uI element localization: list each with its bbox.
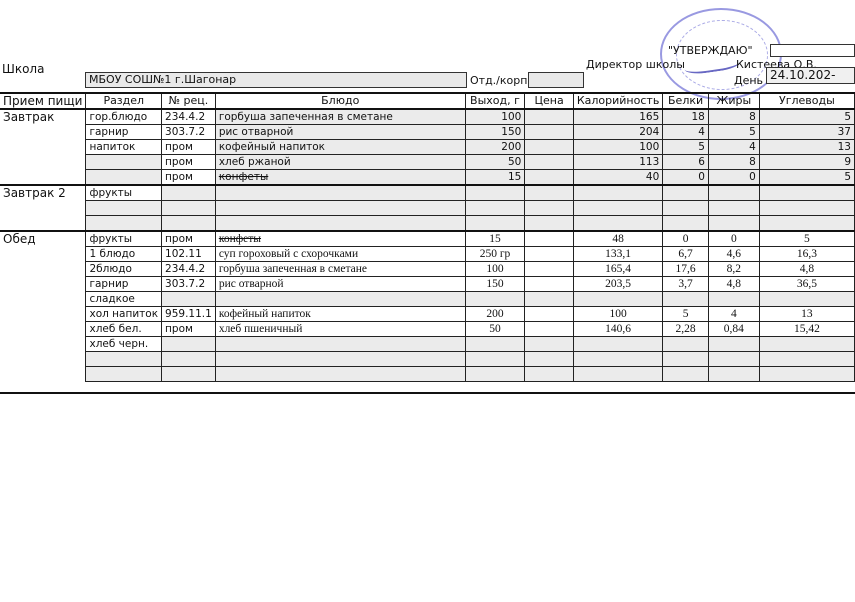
section-cell: сладкое bbox=[86, 292, 162, 307]
protein-cell: 6 bbox=[663, 155, 709, 170]
col-meal: Прием пищи bbox=[0, 93, 86, 109]
recipe-cell: 303.7.2 bbox=[162, 277, 216, 292]
fat-cell: 8 bbox=[708, 155, 759, 170]
recipe-cell: пром bbox=[162, 170, 216, 186]
col-price: Цена bbox=[525, 93, 574, 109]
price-cell bbox=[525, 201, 574, 216]
carbs-cell: 13 bbox=[759, 140, 854, 155]
section-cell bbox=[86, 216, 162, 232]
price-cell bbox=[525, 277, 574, 292]
dish-cell: рис отварной bbox=[215, 277, 465, 292]
dish-cell bbox=[215, 337, 465, 352]
carbs-cell bbox=[759, 201, 854, 216]
fat-cell: 0,84 bbox=[708, 322, 759, 337]
fat-cell bbox=[708, 216, 759, 232]
protein-cell: 3,7 bbox=[663, 277, 709, 292]
kcal-cell: 48 bbox=[573, 231, 662, 247]
yield-cell: 150 bbox=[465, 125, 525, 140]
section-cell bbox=[86, 170, 162, 186]
kcal-cell: 40 bbox=[573, 170, 662, 186]
menu-table: Прием пищи Раздел № рец. Блюдо Выход, г … bbox=[0, 92, 855, 382]
recipe-cell: пром bbox=[162, 322, 216, 337]
table-bottom-rule bbox=[0, 392, 855, 394]
recipe-cell: пром bbox=[162, 155, 216, 170]
section-cell: гор.блюдо bbox=[86, 109, 162, 125]
carbs-cell bbox=[759, 352, 854, 367]
school-label: Школа bbox=[2, 62, 44, 76]
dish-cell: кофейный напиток bbox=[215, 307, 465, 322]
dish-cell: конфеты bbox=[215, 170, 465, 186]
day-label: День bbox=[734, 74, 763, 87]
carbs-cell: 16,3 bbox=[759, 247, 854, 262]
recipe-cell: пром bbox=[162, 140, 216, 155]
table-row: промхлеб ржаной50113689 bbox=[0, 155, 855, 170]
protein-cell: 5 bbox=[663, 140, 709, 155]
protein-cell bbox=[663, 367, 709, 382]
kcal-cell bbox=[573, 367, 662, 382]
price-cell bbox=[525, 216, 574, 232]
protein-cell: 6,7 bbox=[663, 247, 709, 262]
recipe-cell: 959.11.1 bbox=[162, 307, 216, 322]
section-cell: хлеб черн. bbox=[86, 337, 162, 352]
yield-cell bbox=[465, 352, 525, 367]
table-row bbox=[0, 201, 855, 216]
dish-cell bbox=[215, 292, 465, 307]
protein-cell: 17,6 bbox=[663, 262, 709, 277]
protein-cell: 0 bbox=[663, 231, 709, 247]
dish-cell: кофейный напиток bbox=[215, 140, 465, 155]
protein-cell: 5 bbox=[663, 307, 709, 322]
yield-cell bbox=[465, 337, 525, 352]
fat-cell bbox=[708, 337, 759, 352]
carbs-cell: 5 bbox=[759, 170, 854, 186]
kcal-cell: 165 bbox=[573, 109, 662, 125]
col-section: Раздел bbox=[86, 93, 162, 109]
carbs-cell: 5 bbox=[759, 109, 854, 125]
price-cell bbox=[525, 231, 574, 247]
carbs-cell bbox=[759, 185, 854, 201]
recipe-cell bbox=[162, 216, 216, 232]
dept-label: Отд./корп bbox=[470, 74, 527, 87]
section-cell: 2блюдо bbox=[86, 262, 162, 277]
price-cell bbox=[525, 140, 574, 155]
yield-cell bbox=[465, 185, 525, 201]
table-row: хол напиток959.11.1кофейный напиток20010… bbox=[0, 307, 855, 322]
approve-label: "УТВЕРЖДАЮ" bbox=[668, 44, 753, 57]
recipe-cell: 102.11 bbox=[162, 247, 216, 262]
yield-cell bbox=[465, 292, 525, 307]
fat-cell: 4,8 bbox=[708, 277, 759, 292]
table-row bbox=[0, 216, 855, 232]
table-row: хлеб черн. bbox=[0, 337, 855, 352]
yield-cell: 15 bbox=[465, 231, 525, 247]
fat-cell: 5 bbox=[708, 125, 759, 140]
section-cell: гарнир bbox=[86, 277, 162, 292]
table-row: 1 блюдо102.11суп гороховый с схорочками2… bbox=[0, 247, 855, 262]
kcal-cell: 100 bbox=[573, 140, 662, 155]
fat-cell: 8,2 bbox=[708, 262, 759, 277]
table-row bbox=[0, 352, 855, 367]
table-row: Обедфруктыпромконфеты1548005 bbox=[0, 231, 855, 247]
recipe-cell bbox=[162, 292, 216, 307]
dish-cell: конфеты bbox=[215, 231, 465, 247]
kcal-cell: 204 bbox=[573, 125, 662, 140]
table-row bbox=[0, 367, 855, 382]
dish-cell: хлеб пшеничный bbox=[215, 322, 465, 337]
dish-cell bbox=[215, 201, 465, 216]
recipe-cell: пром bbox=[162, 231, 216, 247]
dish-cell: хлеб ржаной bbox=[215, 155, 465, 170]
price-cell bbox=[525, 185, 574, 201]
yield-cell bbox=[465, 367, 525, 382]
carbs-cell: 5 bbox=[759, 231, 854, 247]
price-cell bbox=[525, 337, 574, 352]
protein-cell: 2,28 bbox=[663, 322, 709, 337]
col-recipe: № рец. bbox=[162, 93, 216, 109]
carbs-cell: 36,5 bbox=[759, 277, 854, 292]
carbs-cell bbox=[759, 367, 854, 382]
day-field[interactable]: 24.10.202- bbox=[766, 67, 855, 84]
table-row: сладкое bbox=[0, 292, 855, 307]
section-cell bbox=[86, 367, 162, 382]
section-cell: хлеб бел. bbox=[86, 322, 162, 337]
recipe-cell bbox=[162, 201, 216, 216]
dish-cell: рис отварной bbox=[215, 125, 465, 140]
table-row: промконфеты1540005 bbox=[0, 170, 855, 186]
carbs-cell: 13 bbox=[759, 307, 854, 322]
kcal-cell: 100 bbox=[573, 307, 662, 322]
recipe-cell bbox=[162, 337, 216, 352]
fat-cell: 4 bbox=[708, 140, 759, 155]
carbs-cell: 37 bbox=[759, 125, 854, 140]
table-row: 2блюдо234.4.2горбуша запеченная в сметан… bbox=[0, 262, 855, 277]
yield-cell: 200 bbox=[465, 140, 525, 155]
col-fat: Жиры bbox=[708, 93, 759, 109]
protein-cell bbox=[663, 216, 709, 232]
section-cell: фрукты bbox=[86, 231, 162, 247]
yield-cell bbox=[465, 201, 525, 216]
dish-cell bbox=[215, 216, 465, 232]
col-carbs: Углеводы bbox=[759, 93, 854, 109]
kcal-cell: 203,5 bbox=[573, 277, 662, 292]
recipe-cell: 234.4.2 bbox=[162, 109, 216, 125]
kcal-cell bbox=[573, 352, 662, 367]
dish-cell bbox=[215, 352, 465, 367]
yield-cell: 50 bbox=[465, 322, 525, 337]
price-cell bbox=[525, 155, 574, 170]
table-row: гарнир303.7.2рис отварной150203,53,74,83… bbox=[0, 277, 855, 292]
kcal-cell bbox=[573, 201, 662, 216]
approve-box bbox=[770, 44, 855, 57]
protein-cell bbox=[663, 201, 709, 216]
kcal-cell: 140,6 bbox=[573, 322, 662, 337]
price-cell bbox=[525, 322, 574, 337]
price-cell bbox=[525, 307, 574, 322]
fat-cell: 4,6 bbox=[708, 247, 759, 262]
fat-cell: 0 bbox=[708, 170, 759, 186]
kcal-cell bbox=[573, 185, 662, 201]
meal-name: Обед bbox=[0, 231, 86, 382]
kcal-cell: 133,1 bbox=[573, 247, 662, 262]
protein-cell: 4 bbox=[663, 125, 709, 140]
carbs-cell bbox=[759, 337, 854, 352]
dish-cell: горбуша запеченная в сметане bbox=[215, 109, 465, 125]
protein-cell bbox=[663, 292, 709, 307]
yield-cell: 15 bbox=[465, 170, 525, 186]
kcal-cell bbox=[573, 337, 662, 352]
fat-cell: 8 bbox=[708, 109, 759, 125]
table-row: гарнир303.7.2рис отварной1502044537 bbox=[0, 125, 855, 140]
protein-cell bbox=[663, 185, 709, 201]
fat-cell: 4 bbox=[708, 307, 759, 322]
dish-cell bbox=[215, 367, 465, 382]
kcal-cell bbox=[573, 292, 662, 307]
school-field[interactable]: МБОУ СОШ№1 г.Шагонар bbox=[85, 72, 467, 88]
col-protein: Белки bbox=[663, 93, 709, 109]
yield-cell: 250 гр bbox=[465, 247, 525, 262]
price-cell bbox=[525, 292, 574, 307]
section-cell bbox=[86, 352, 162, 367]
section-cell: фрукты bbox=[86, 185, 162, 201]
price-cell bbox=[525, 367, 574, 382]
table-header-row: Прием пищи Раздел № рец. Блюдо Выход, г … bbox=[0, 93, 855, 109]
col-dish: Блюдо bbox=[215, 93, 465, 109]
price-cell bbox=[525, 262, 574, 277]
table-row: Завтракгор.блюдо234.4.2горбуша запеченна… bbox=[0, 109, 855, 125]
price-cell bbox=[525, 125, 574, 140]
protein-cell bbox=[663, 352, 709, 367]
section-cell: напиток bbox=[86, 140, 162, 155]
meal-name: Завтрак 2 bbox=[0, 185, 86, 231]
table-row: напитокпромкофейный напиток2001005413 bbox=[0, 140, 855, 155]
fat-cell bbox=[708, 185, 759, 201]
fat-cell bbox=[708, 367, 759, 382]
recipe-cell bbox=[162, 185, 216, 201]
recipe-cell: 303.7.2 bbox=[162, 125, 216, 140]
kcal-cell: 165,4 bbox=[573, 262, 662, 277]
fat-cell bbox=[708, 292, 759, 307]
recipe-cell bbox=[162, 367, 216, 382]
section-cell: гарнир bbox=[86, 125, 162, 140]
kcal-cell bbox=[573, 216, 662, 232]
yield-cell: 100 bbox=[465, 109, 525, 125]
fat-cell: 0 bbox=[708, 231, 759, 247]
price-cell bbox=[525, 170, 574, 186]
protein-cell: 18 bbox=[663, 109, 709, 125]
yield-cell: 150 bbox=[465, 277, 525, 292]
yield-cell bbox=[465, 216, 525, 232]
section-cell bbox=[86, 201, 162, 216]
price-cell bbox=[525, 109, 574, 125]
dish-cell: суп гороховый с схорочками bbox=[215, 247, 465, 262]
dept-field[interactable] bbox=[528, 72, 584, 88]
price-cell bbox=[525, 352, 574, 367]
carbs-cell: 15,42 bbox=[759, 322, 854, 337]
yield-cell: 50 bbox=[465, 155, 525, 170]
section-cell: 1 блюдо bbox=[86, 247, 162, 262]
dish-cell bbox=[215, 185, 465, 201]
carbs-cell: 4,8 bbox=[759, 262, 854, 277]
section-cell: хол напиток bbox=[86, 307, 162, 322]
section-cell bbox=[86, 155, 162, 170]
carbs-cell: 9 bbox=[759, 155, 854, 170]
kcal-cell: 113 bbox=[573, 155, 662, 170]
recipe-cell bbox=[162, 352, 216, 367]
dish-cell: горбуша запеченная в сметане bbox=[215, 262, 465, 277]
col-yield: Выход, г bbox=[465, 93, 525, 109]
meal-name: Завтрак bbox=[0, 109, 86, 185]
col-kcal: Калорийность bbox=[573, 93, 662, 109]
fat-cell bbox=[708, 201, 759, 216]
carbs-cell bbox=[759, 292, 854, 307]
yield-cell: 200 bbox=[465, 307, 525, 322]
protein-cell: 0 bbox=[663, 170, 709, 186]
price-cell bbox=[525, 247, 574, 262]
recipe-cell: 234.4.2 bbox=[162, 262, 216, 277]
table-row: Завтрак 2фрукты bbox=[0, 185, 855, 201]
yield-cell: 100 bbox=[465, 262, 525, 277]
director-label: Директор школы bbox=[586, 58, 685, 71]
carbs-cell bbox=[759, 216, 854, 232]
table-row: хлеб бел.промхлеб пшеничный50140,62,280,… bbox=[0, 322, 855, 337]
fat-cell bbox=[708, 352, 759, 367]
protein-cell bbox=[663, 337, 709, 352]
